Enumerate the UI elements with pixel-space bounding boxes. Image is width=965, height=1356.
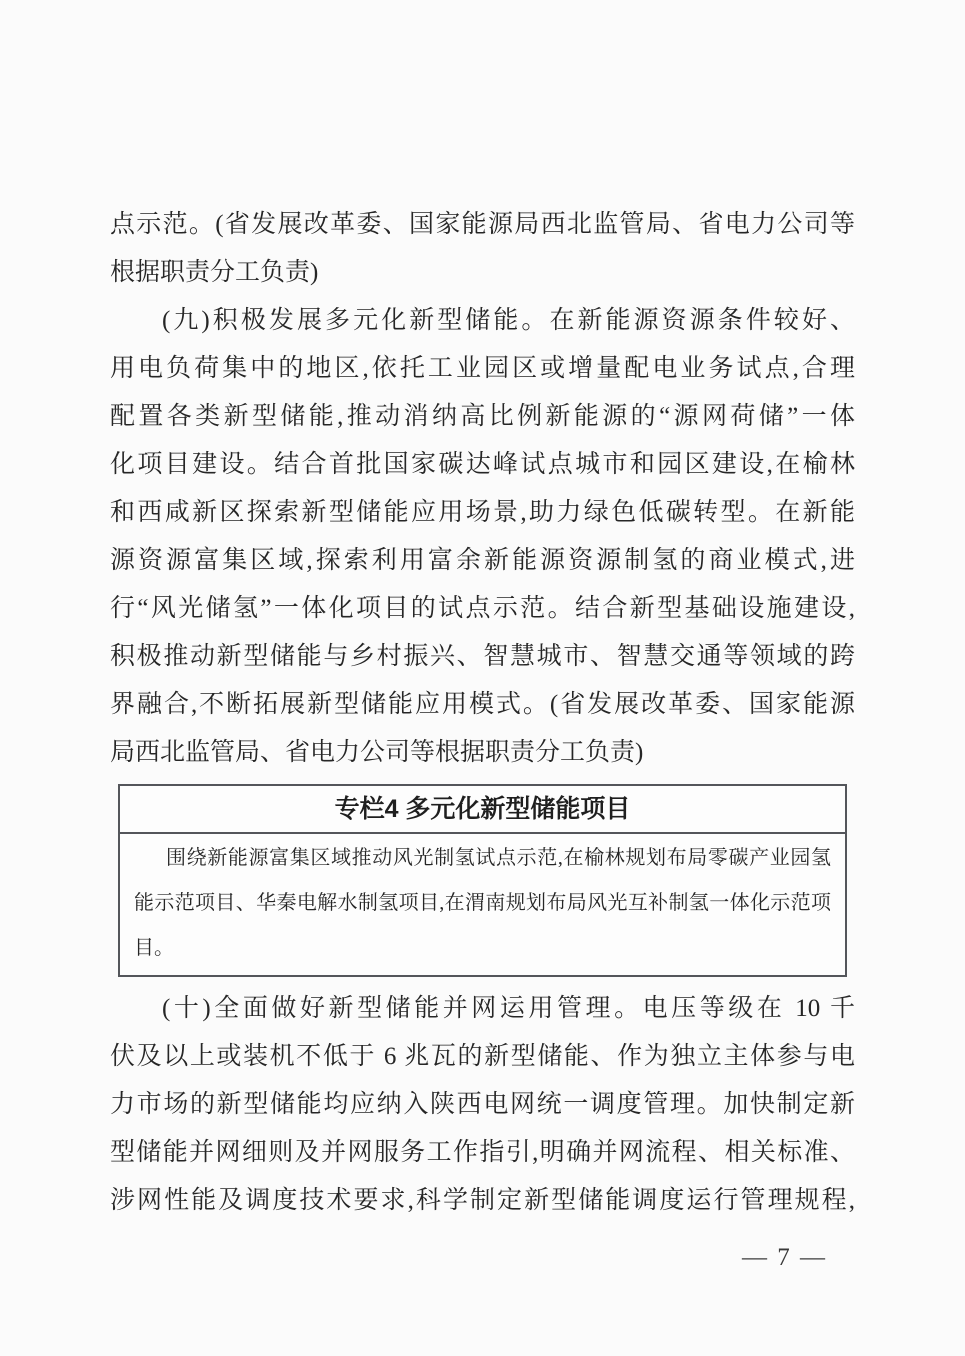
box-body: 围绕新能源富集区域推动风光制氢试点示范,在榆林规划布局零碳产业园氢能示范项目、华…: [120, 834, 845, 975]
text-line: 行“风光储氢”一体化项目的试点示范。结合新型基础设施建设,: [110, 585, 855, 633]
text-line: 能示范项目、华秦电解水制氢项目,在渭南规划布局风光互补制氢一体化示范项: [134, 881, 831, 926]
text-line: 和西咸新区探索新型储能应用场景,助力绿色低碳转型。在新能: [110, 489, 855, 537]
text-line: 化项目建设。结合首批国家碳达峰试点城市和园区建设,在榆林: [110, 441, 855, 489]
text-line: 围绕新能源富集区域推动风光制氢试点示范,在榆林规划布局零碳产业园氢: [134, 836, 831, 881]
paragraph: 围绕新能源富集区域推动风光制氢试点示范,在榆林规划布局零碳产业园氢能示范项目、华…: [134, 836, 831, 971]
paragraph: (九)积极发展多元化新型储能。在新能源资源条件较好、用电负荷集中的地区,依托工业…: [110, 297, 855, 777]
paragraphs-after-box: (十)全面做好新型储能并网运用管理。电压等级在 10 千伏及以上或装机不低于 6…: [110, 985, 855, 1225]
text-line: 力市场的新型储能均应纳入陕西电网统一调度管理。加快制定新: [110, 1081, 855, 1129]
paragraphs-before-box: 点示范。(省发展改革委、国家能源局西北监管局、省电力公司等根据职责分工负责)(九…: [110, 201, 855, 777]
text-line: 用电负荷集中的地区,依托工业园区或增量配电业务试点,合理: [110, 345, 855, 393]
text-line: 型储能并网细则及并网服务工作指引,明确并网流程、相关标准、: [110, 1129, 855, 1177]
text-line: 点示范。(省发展改革委、国家能源局西北监管局、省电力公司等: [110, 201, 855, 249]
page-number: — 7 —: [742, 1238, 827, 1278]
text-line: 目。: [134, 926, 831, 971]
text-line: 伏及以上或装机不低于 6 兆瓦的新型储能、作为独立主体参与电: [110, 1033, 855, 1081]
highlight-box-column-4: 专栏4 多元化新型储能项目 围绕新能源富集区域推动风光制氢试点示范,在榆林规划布…: [118, 784, 847, 977]
box-title: 专栏4 多元化新型储能项目: [120, 786, 845, 834]
paragraph: 点示范。(省发展改革委、国家能源局西北监管局、省电力公司等根据职责分工负责): [110, 201, 855, 297]
text-line: (九)积极发展多元化新型储能。在新能源资源条件较好、: [110, 297, 855, 345]
text-line: 根据职责分工负责): [110, 249, 855, 297]
text-line: 界融合,不断拓展新型储能应用模式。(省发展改革委、国家能源: [110, 681, 855, 729]
document-page: 点示范。(省发展改革委、国家能源局西北监管局、省电力公司等根据职责分工负责)(九…: [0, 0, 965, 1356]
text-line: 局西北监管局、省电力公司等根据职责分工负责): [110, 729, 855, 777]
paragraph: (十)全面做好新型储能并网运用管理。电压等级在 10 千伏及以上或装机不低于 6…: [110, 985, 855, 1225]
document-body: 点示范。(省发展改革委、国家能源局西北监管局、省电力公司等根据职责分工负责)(九…: [110, 201, 855, 1225]
text-line: 积极推动新型储能与乡村振兴、智慧城市、智慧交通等领域的跨: [110, 633, 855, 681]
text-line: 涉网性能及调度技术要求,科学制定新型储能调度运行管理规程,: [110, 1177, 855, 1225]
text-line: 配置各类新型储能,推动消纳高比例新能源的“源网荷储”一体: [110, 393, 855, 441]
text-line: (十)全面做好新型储能并网运用管理。电压等级在 10 千: [110, 985, 855, 1033]
text-line: 源资源富集区域,探索利用富余新能源资源制氢的商业模式,进: [110, 537, 855, 585]
